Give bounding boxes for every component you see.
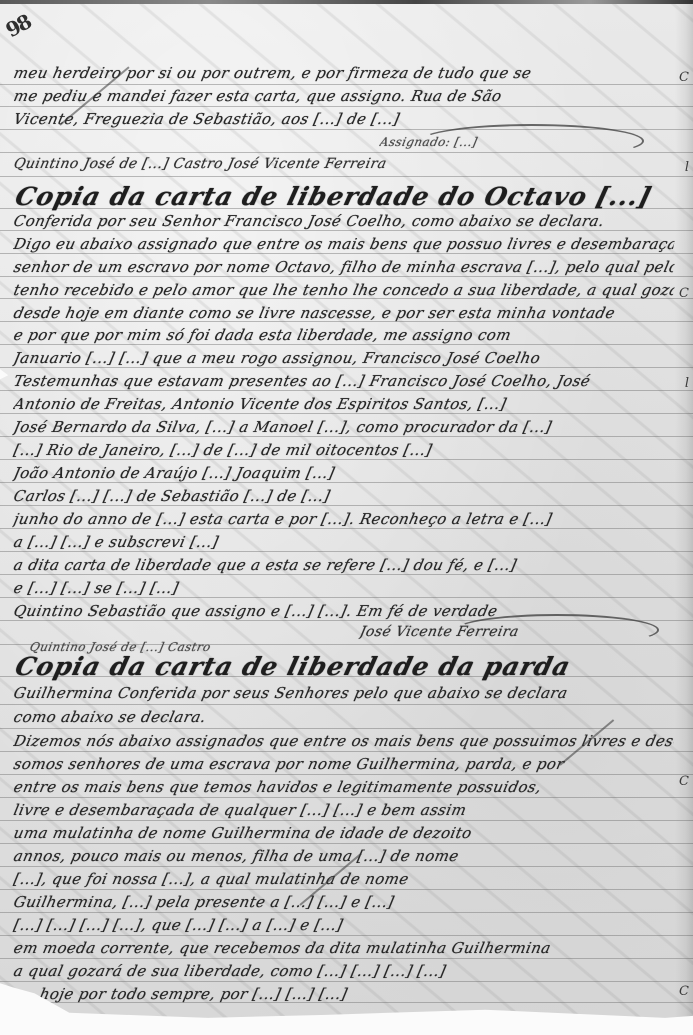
ruled-line: [0, 751, 693, 752]
text-line: José Bernardo da Silva, [...] a Manoel […: [12, 418, 676, 436]
text-line: e por que por mim só foi dada esta liber…: [12, 326, 676, 344]
text-line: como abaixo se declara.: [12, 708, 676, 726]
text-line: Conferida por seu Senhor Francisco José …: [12, 212, 676, 230]
ruled-line: [0, 230, 693, 231]
ruled-line: [0, 459, 693, 460]
ruled-line: [0, 797, 693, 798]
margin-glyph: l: [685, 376, 689, 391]
letter-2-heading: Copia da carta de liberdade da parda: [12, 652, 573, 681]
text-line: tenho recebido e pelo amor que lhe tenho…: [12, 281, 676, 299]
ruled-line: [0, 436, 693, 437]
text-line: e [...] [...] se [...] [...]: [12, 579, 676, 597]
ruled-line: [0, 344, 693, 345]
scan-top-edge: [0, 0, 693, 4]
text-line: em moeda corrente, que recebemos da dita…: [12, 939, 676, 957]
ruled-line: [0, 704, 693, 705]
text-line: livre e desembaraçada de qualquer [...] …: [12, 801, 676, 819]
text-line: Testemunhas que estavam presentes ao [..…: [12, 372, 676, 390]
signature-flourish: [420, 124, 644, 158]
ruled-line: [0, 413, 693, 414]
ruled-line: [0, 912, 693, 913]
scanned-manuscript-page: 98 meu herdeiro por si ou por outrem, e …: [0, 0, 693, 1035]
text-line: annos, pouco mais ou menos, filha de uma…: [12, 847, 676, 865]
text-line: Januario [...] [...] que a meu rogo assi…: [12, 349, 676, 367]
margin-glyph: C: [679, 984, 689, 999]
ruled-line: [0, 276, 693, 277]
text-line: Guilhermina Conferida por seus Senhores …: [12, 684, 676, 702]
ruled-line: [0, 597, 693, 598]
letter-1-heading: Copia da carta de liberdade do Octavo [.…: [12, 182, 655, 211]
ruled-line: [0, 390, 693, 391]
text-line: Antonio de Freitas, Antonio Vicente dos …: [12, 395, 676, 413]
paper-sheet: 98 meu herdeiro por si ou por outrem, e …: [0, 4, 693, 1024]
text-line: entre os mais bens que temos havidos e l…: [12, 778, 676, 796]
signature-line: Quintino José de [...] Castro José Vicen…: [12, 156, 675, 172]
ruled-line: [0, 958, 693, 959]
text-line: Guilhermina, [...] pela presente a [...]…: [12, 893, 676, 911]
text-line: uma mulatinha de nome Guilhermina de ida…: [12, 824, 676, 842]
ruled-line: [0, 820, 693, 821]
ruled-line: [0, 774, 693, 775]
margin-glyph: C: [679, 286, 689, 301]
ruled-line: [0, 176, 693, 177]
folio-number: 98: [2, 10, 34, 42]
ruled-line: [0, 528, 693, 529]
ruled-line: [0, 574, 693, 575]
text-line: junho do anno de [...] esta carta e por …: [12, 510, 676, 528]
ruled-line: [0, 981, 693, 982]
page-right-edge: [675, 4, 693, 1024]
ruled-line: [0, 482, 693, 483]
ruled-line: [0, 889, 693, 890]
text-line: Dizemos nós abaixo assignados que entre …: [12, 732, 676, 750]
text-line: a dita carta de liberdade que a esta se …: [12, 556, 676, 574]
ruled-line: [0, 106, 693, 107]
text-line: desde hoje em diante como se livre nasce…: [12, 304, 676, 322]
signature-flourish: [455, 614, 659, 646]
ruled-line: [0, 935, 693, 936]
text-line: [...], que foi nossa [...], a qual mulat…: [12, 870, 676, 888]
margin-glyph: l: [685, 160, 689, 175]
text-line: Digo eu abaixo assignado que entre os ma…: [12, 235, 676, 253]
text-line: Carlos [...] [...] de Sebastião [...] de…: [12, 487, 676, 505]
text-line: a [...] [...] e subscrevi [...]: [12, 533, 676, 551]
ruled-line: [0, 728, 693, 729]
text-line: senhor de um escravo por nome Octavo, fi…: [12, 258, 676, 276]
text-line: hoje por todo sempre, por [...] [...] [.…: [38, 985, 693, 1003]
text-line: a qual gozará de sua liberdade, como [..…: [12, 962, 676, 980]
ruled-line: [0, 551, 693, 552]
text-line: [...] [...] [...] [...], que [...] [...]…: [12, 916, 676, 934]
text-line: somos senhores de uma escrava por nome G…: [12, 755, 676, 773]
text-line: João Antonio de Araújo [...] Joaquim [..…: [12, 464, 676, 482]
margin-glyph: C: [679, 70, 689, 85]
margin-glyph: C: [679, 774, 689, 789]
text-line: [...] Rio de Janeiro, [...] de [...] de …: [12, 441, 676, 459]
ruled-line: [0, 505, 693, 506]
ruled-line: [0, 367, 693, 368]
ruled-line: [0, 84, 693, 85]
ruled-line: [0, 253, 693, 254]
text-line: me pediu e mandei fazer esta carta, que …: [12, 87, 676, 105]
ruled-line: [0, 843, 693, 844]
